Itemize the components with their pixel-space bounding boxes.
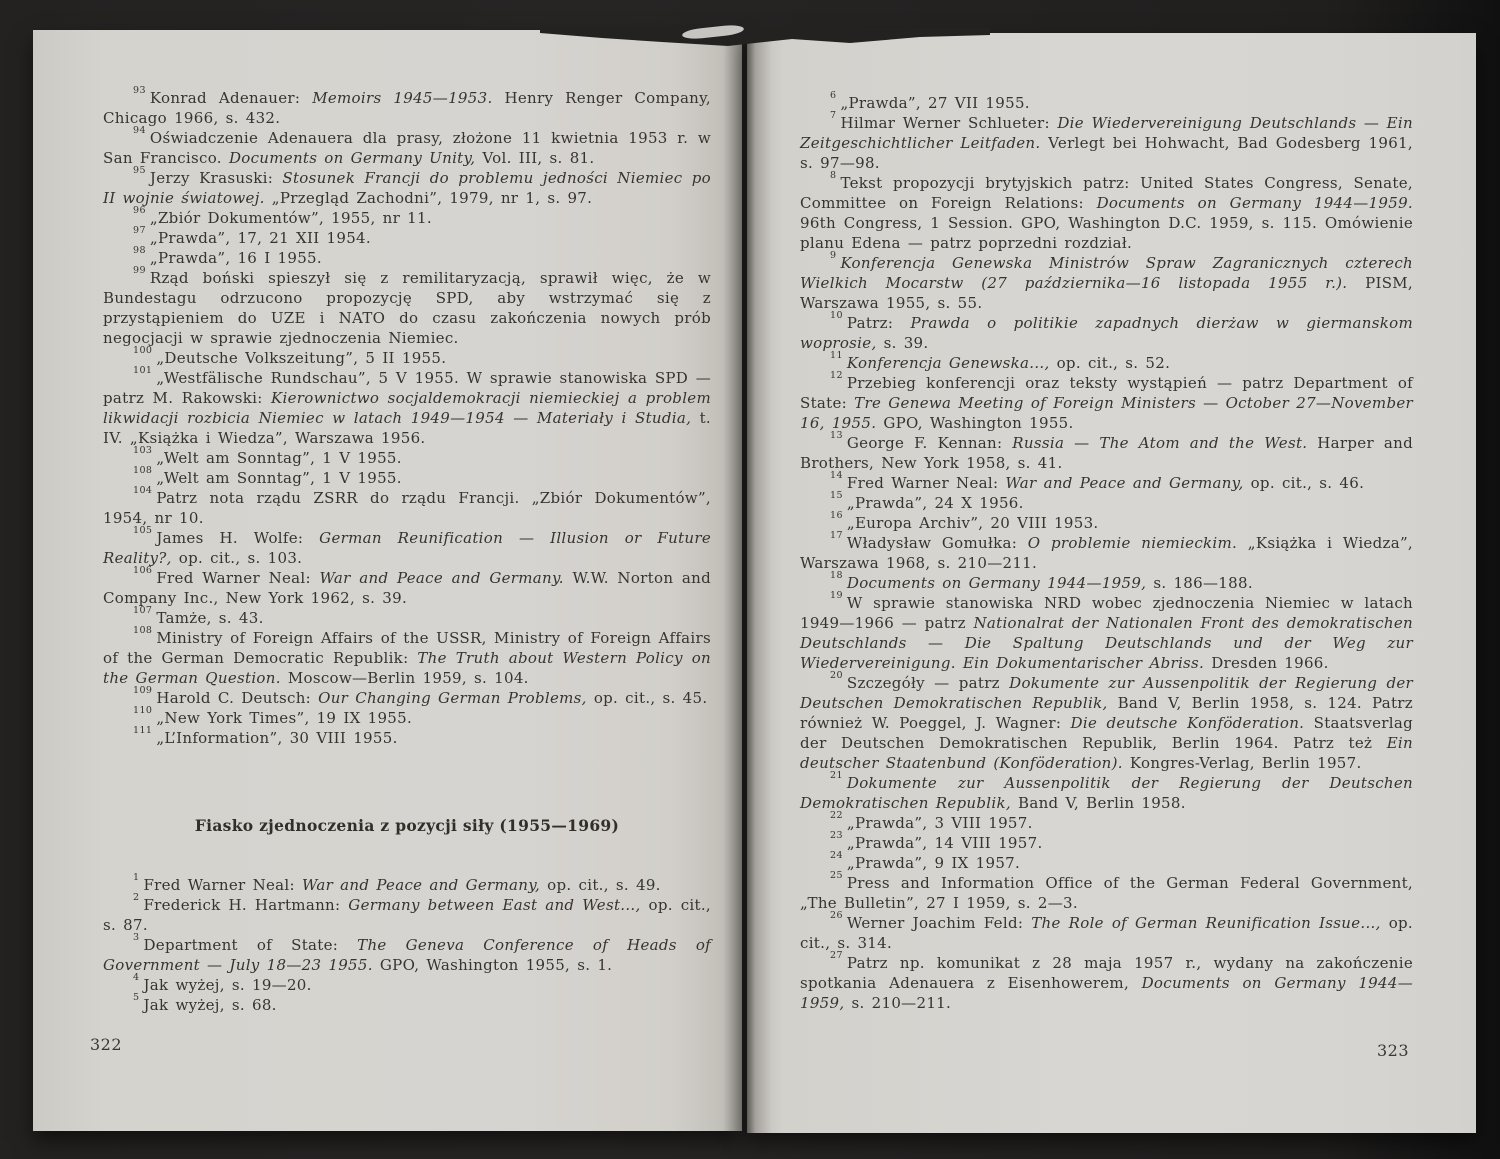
footnote: 27Patrz np. komunikat z 28 maja 1957 r.,… <box>800 953 1413 1013</box>
footnote-number: 26 <box>830 910 843 921</box>
footnote-number: 13 <box>830 430 843 441</box>
footnote-number: 107 <box>133 605 152 616</box>
footnote-text: s. 210—211. <box>844 994 951 1012</box>
footnote-number: 103 <box>133 445 152 456</box>
footnote-text: Fred Warner Neal: <box>156 569 319 587</box>
footnote: 105James H. Wolfe: German Reunification … <box>103 528 711 568</box>
footnote: 97„Prawda”, 17, 21 XII 1954. <box>103 228 711 248</box>
page-number-left: 322 <box>90 1035 122 1054</box>
footnote-title-italic: Konferencja Genewska Ministrów Spraw Zag… <box>800 254 1413 292</box>
footnote-title-italic: Documents on Germany 1944—1959, <box>847 574 1146 592</box>
footnote: 11Konferencja Genewska..., op. cit., s. … <box>800 353 1413 373</box>
footnote-title-italic: Die deutsche Konföderation. <box>1071 714 1305 732</box>
footnote-number: 2 <box>133 892 139 903</box>
footnote: 109Harold C. Deutsch: Our Changing Germa… <box>103 688 711 708</box>
footnote-text: op. cit., s. 46. <box>1244 474 1365 492</box>
footnote: 103„Welt am Sonntag”, 1 V 1955. <box>103 448 711 468</box>
left-page: 93Konrad Adenauer: Memoirs 1945—1953. He… <box>33 30 742 1131</box>
footnote-text: Jak wyżej, s. 68. <box>143 996 276 1014</box>
footnote: 3Department of State: The Geneva Confere… <box>103 935 711 975</box>
right-page: 6„Prawda”, 27 VII 1955.7Hilmar Werner Sc… <box>747 33 1476 1133</box>
footnote-number: 108 <box>133 465 152 476</box>
footnote-title-italic: Memoirs 1945—1953. <box>312 89 492 107</box>
footnote: 111„L’Information”, 30 VIII 1955. <box>103 728 711 748</box>
footnote: 95Jerzy Krasuski: Stosunek Francji do pr… <box>103 168 711 208</box>
footnote-text: Jak wyżej, s. 19—20. <box>143 976 311 994</box>
footnotes-top: 93Konrad Adenauer: Memoirs 1945—1953. He… <box>103 88 711 748</box>
footnote-text: Dresden 1966. <box>1204 654 1329 672</box>
footnote-number: 100 <box>133 345 152 356</box>
footnote-text: Vol. III, s. 81. <box>475 149 594 167</box>
footnote-title-italic: War and Peace and Germany. <box>320 569 564 587</box>
footnote: 4Jak wyżej, s. 19—20. <box>103 975 711 995</box>
footnote-text: Harold C. Deutsch: <box>156 689 318 707</box>
footnote: 13George F. Kennan: Russia — The Atom an… <box>800 433 1413 473</box>
footnote-number: 110 <box>133 705 152 716</box>
footnote-text: Tamże, s. 43. <box>156 609 263 627</box>
footnote-text: Patrz: <box>847 314 911 332</box>
footnote-text: Jerzy Krasuski: <box>150 169 283 187</box>
footnote-text: Szczegóły — patrz <box>847 674 1009 692</box>
footnote-number: 17 <box>830 530 843 541</box>
footnote-text: GPO, Washington 1955, s. 1. <box>373 956 612 974</box>
footnote-text: Hilmar Werner Schlueter: <box>840 114 1057 132</box>
footnote-number: 104 <box>133 485 152 496</box>
footnote-number: 19 <box>830 590 843 601</box>
footnote-number: 6 <box>830 90 836 101</box>
section-heading: Fiasko zjednoczenia z pozycji siły (1955… <box>103 816 711 835</box>
footnote-title-italic: Russia — The Atom and the West. <box>1012 434 1307 452</box>
footnote-text: James H. Wolfe: <box>156 529 319 547</box>
footnote-text: Kongres-Verlag, Berlin 1957. <box>1123 754 1362 772</box>
footnote-number: 96 <box>133 205 146 216</box>
left-page-text-column: 93Konrad Adenauer: Memoirs 1945—1953. He… <box>103 88 711 1015</box>
footnote-number: 108 <box>133 625 152 636</box>
footnote-number: 111 <box>133 725 152 736</box>
footnote-text: „Deutsche Volkszeitung”, 5 II 1955. <box>156 349 446 367</box>
footnote-number: 93 <box>133 85 146 96</box>
footnote-title-italic: Germany between East and West..., <box>348 896 640 914</box>
footnote-number: 16 <box>830 510 843 521</box>
footnote-text: „Prawda”, 16 I 1955. <box>150 249 322 267</box>
footnote: 26Werner Joachim Feld: The Role of Germa… <box>800 913 1413 953</box>
footnote-text: Press and Information Office of the Germ… <box>800 874 1413 912</box>
footnote-text: George F. Kennan: <box>847 434 1012 452</box>
footnote-number: 94 <box>133 125 146 136</box>
footnote-text: GPO, Washington 1955. <box>876 414 1073 432</box>
footnote-number: 1 <box>133 872 139 883</box>
footnote-title-italic: Documents on Germany 1944—1959. <box>1097 194 1413 212</box>
footnote-text: „Prawda”, 9 IX 1957. <box>847 854 1020 872</box>
footnote-text: op. cit., s. 45. <box>587 689 708 707</box>
footnote: 96„Zbiór Dokumentów”, 1955, nr 11. <box>103 208 711 228</box>
footnote-text: „Prawda”, 27 VII 1955. <box>840 94 1029 112</box>
footnote-number: 99 <box>133 265 146 276</box>
footnote-number: 9 <box>830 250 836 261</box>
footnote-text: Fred Warner Neal: <box>143 876 302 894</box>
footnote: 22„Prawda”, 3 VIII 1957. <box>800 813 1413 833</box>
footnote-title-italic: The Role of German Reunification Issue..… <box>1031 914 1380 932</box>
footnote-text: s. 186—188. <box>1146 574 1253 592</box>
footnote-text: Werner Joachim Feld: <box>847 914 1031 932</box>
right-page-text-column: 6„Prawda”, 27 VII 1955.7Hilmar Werner Sc… <box>800 93 1413 1013</box>
footnote-number: 3 <box>133 932 139 943</box>
footnote-text: „Europa Archiv”, 20 VIII 1953. <box>847 514 1099 532</box>
footnote-text: „Prawda”, 14 VIII 1957. <box>847 834 1043 852</box>
footnote: 108Ministry of Foreign Affairs of the US… <box>103 628 711 688</box>
footnote: 21Dokumente zur Aussenpolitik der Regier… <box>800 773 1413 813</box>
footnote: 104Patrz nota rządu ZSRR do rządu Francj… <box>103 488 711 528</box>
footnote-title-italic: War and Peace and Germany, <box>1005 474 1243 492</box>
footnote: 106Fred Warner Neal: War and Peace and G… <box>103 568 711 608</box>
footnote-number: 27 <box>830 950 843 961</box>
footnote-number: 22 <box>830 810 843 821</box>
footnote: 101„Westfälische Rundschau”, 5 V 1955. W… <box>103 368 711 448</box>
footnote: 17Władysław Gomułka: O problemie niemiec… <box>800 533 1413 573</box>
footnote-number: 11 <box>830 350 843 361</box>
page-number-right: 323 <box>1377 1041 1409 1060</box>
footnote-number: 106 <box>133 565 152 576</box>
footnote-text: Frederick H. Hartmann: <box>143 896 348 914</box>
footnote: 25Press and Information Office of the Ge… <box>800 873 1413 913</box>
footnote-number: 10 <box>830 310 843 321</box>
footnote-text: 96th Congress, 1 Session. GPO, Washingto… <box>800 214 1413 252</box>
footnote-number: 15 <box>830 490 843 501</box>
footnote: 2Frederick H. Hartmann: Germany between … <box>103 895 711 935</box>
footnote-text: Rząd boński spieszył się z remilitaryzac… <box>103 269 711 347</box>
footnote-text: „Zbiór Dokumentów”, 1955, nr 11. <box>150 209 432 227</box>
footnote-number: 25 <box>830 870 843 881</box>
footnote-text: op. cit., s. 52. <box>1050 354 1171 372</box>
footnote: 5Jak wyżej, s. 68. <box>103 995 711 1015</box>
footnote-text: „Welt am Sonntag”, 1 V 1955. <box>156 469 402 487</box>
footnote: 99Rząd boński spieszył się z remilitaryz… <box>103 268 711 348</box>
footnote: 18Documents on Germany 1944—1959, s. 186… <box>800 573 1413 593</box>
footnote: 24„Prawda”, 9 IX 1957. <box>800 853 1413 873</box>
footnote-text: Władysław Gomułka: <box>847 534 1028 552</box>
footnote-number: 18 <box>830 570 843 581</box>
footnote-title-italic: Our Changing German Problems, <box>318 689 587 707</box>
footnote-title-italic: War and Peace and Germany, <box>302 876 540 894</box>
footnote: 108„Welt am Sonntag”, 1 V 1955. <box>103 468 711 488</box>
footnote: 20Szczegóły — patrz Dokumente zur Aussen… <box>800 673 1413 773</box>
footnote-text: op. cit., s. 49. <box>540 876 661 894</box>
footnote-number: 98 <box>133 245 146 256</box>
footnote-text: Patrz nota rządu ZSRR do rządu Francji. … <box>103 489 711 527</box>
footnote-text: Fred Warner Neal: <box>847 474 1006 492</box>
footnote-number: 109 <box>133 685 152 696</box>
footnote-text: s. 39. <box>877 334 929 352</box>
footnote: 16„Europa Archiv”, 20 VIII 1953. <box>800 513 1413 533</box>
footnote: 93Konrad Adenauer: Memoirs 1945—1953. He… <box>103 88 711 128</box>
footnote-number: 5 <box>133 992 139 1003</box>
footnote: 8Tekst propozycji brytyjskich patrz: Uni… <box>800 173 1413 253</box>
footnote: 14Fred Warner Neal: War and Peace and Ge… <box>800 473 1413 493</box>
footnote: 107Tamże, s. 43. <box>103 608 711 628</box>
footnote: 23„Prawda”, 14 VIII 1957. <box>800 833 1413 853</box>
footnote-number: 7 <box>830 110 836 121</box>
footnote-title-italic: O problemie niemieckim. <box>1028 534 1237 552</box>
footnote-title-italic: Documents on Germany Unity, <box>229 149 475 167</box>
footnote: 1Fred Warner Neal: War and Peace and Ger… <box>103 875 711 895</box>
footnote-text: Department of State: <box>143 936 357 954</box>
footnote: 100„Deutsche Volkszeitung”, 5 II 1955. <box>103 348 711 368</box>
footnote-number: 23 <box>830 830 843 841</box>
footnote-number: 21 <box>830 770 843 781</box>
footnote-title-italic: Konferencja Genewska..., <box>847 354 1050 372</box>
footnote-number: 20 <box>830 670 843 681</box>
footnote-number: 101 <box>133 365 152 376</box>
footnote: 94Oświadczenie Adenauera dla prasy, złoż… <box>103 128 711 168</box>
footnote-text: „Prawda”, 17, 21 XII 1954. <box>150 229 371 247</box>
footnote-text: „Przegląd Zachodni”, 1979, nr 1, s. 97. <box>265 189 593 207</box>
footnotes-bottom: 1Fred Warner Neal: War and Peace and Ger… <box>103 875 711 1015</box>
footnote: 10Patrz: Prawda o politikie zapadnych di… <box>800 313 1413 353</box>
footnote: 7Hilmar Werner Schlueter: Die Wiedervere… <box>800 113 1413 173</box>
footnote-text: „L’Information”, 30 VIII 1955. <box>156 729 397 747</box>
footnote-text: „Prawda”, 24 X 1956. <box>847 494 1024 512</box>
footnote-text: op. cit., s. 103. <box>172 549 303 567</box>
footnote-text: Konrad Adenauer: <box>150 89 312 107</box>
footnote-number: 14 <box>830 470 843 481</box>
footnote: 15„Prawda”, 24 X 1956. <box>800 493 1413 513</box>
footnote-text: „Prawda”, 3 VIII 1957. <box>847 814 1033 832</box>
footnote-number: 4 <box>133 972 139 983</box>
footnote: 98„Prawda”, 16 I 1955. <box>103 248 711 268</box>
footnote-text: Band V, Berlin 1958. <box>1011 794 1186 812</box>
footnote: 12Przebieg konferencji oraz teksty wystą… <box>800 373 1413 433</box>
footnote-number: 95 <box>133 165 146 176</box>
footnote: 110„New York Times”, 19 IX 1955. <box>103 708 711 728</box>
footnote-number: 8 <box>830 170 836 181</box>
footnote-number: 105 <box>133 525 152 536</box>
scanned-book-spread: 93Konrad Adenauer: Memoirs 1945—1953. He… <box>0 0 1500 1159</box>
footnote-number: 24 <box>830 850 843 861</box>
footnote: 6„Prawda”, 27 VII 1955. <box>800 93 1413 113</box>
footnote-text: „Welt am Sonntag”, 1 V 1955. <box>156 449 402 467</box>
footnote: 9Konferencja Genewska Ministrów Spraw Za… <box>800 253 1413 313</box>
footnote-text: „New York Times”, 19 IX 1955. <box>156 709 412 727</box>
footnote-number: 97 <box>133 225 146 236</box>
footnote-number: 12 <box>830 370 843 381</box>
footnote-text: Moscow—Berlin 1959, s. 104. <box>281 669 529 687</box>
footnote: 19W sprawie stanowiska NRD wobec zjednoc… <box>800 593 1413 673</box>
